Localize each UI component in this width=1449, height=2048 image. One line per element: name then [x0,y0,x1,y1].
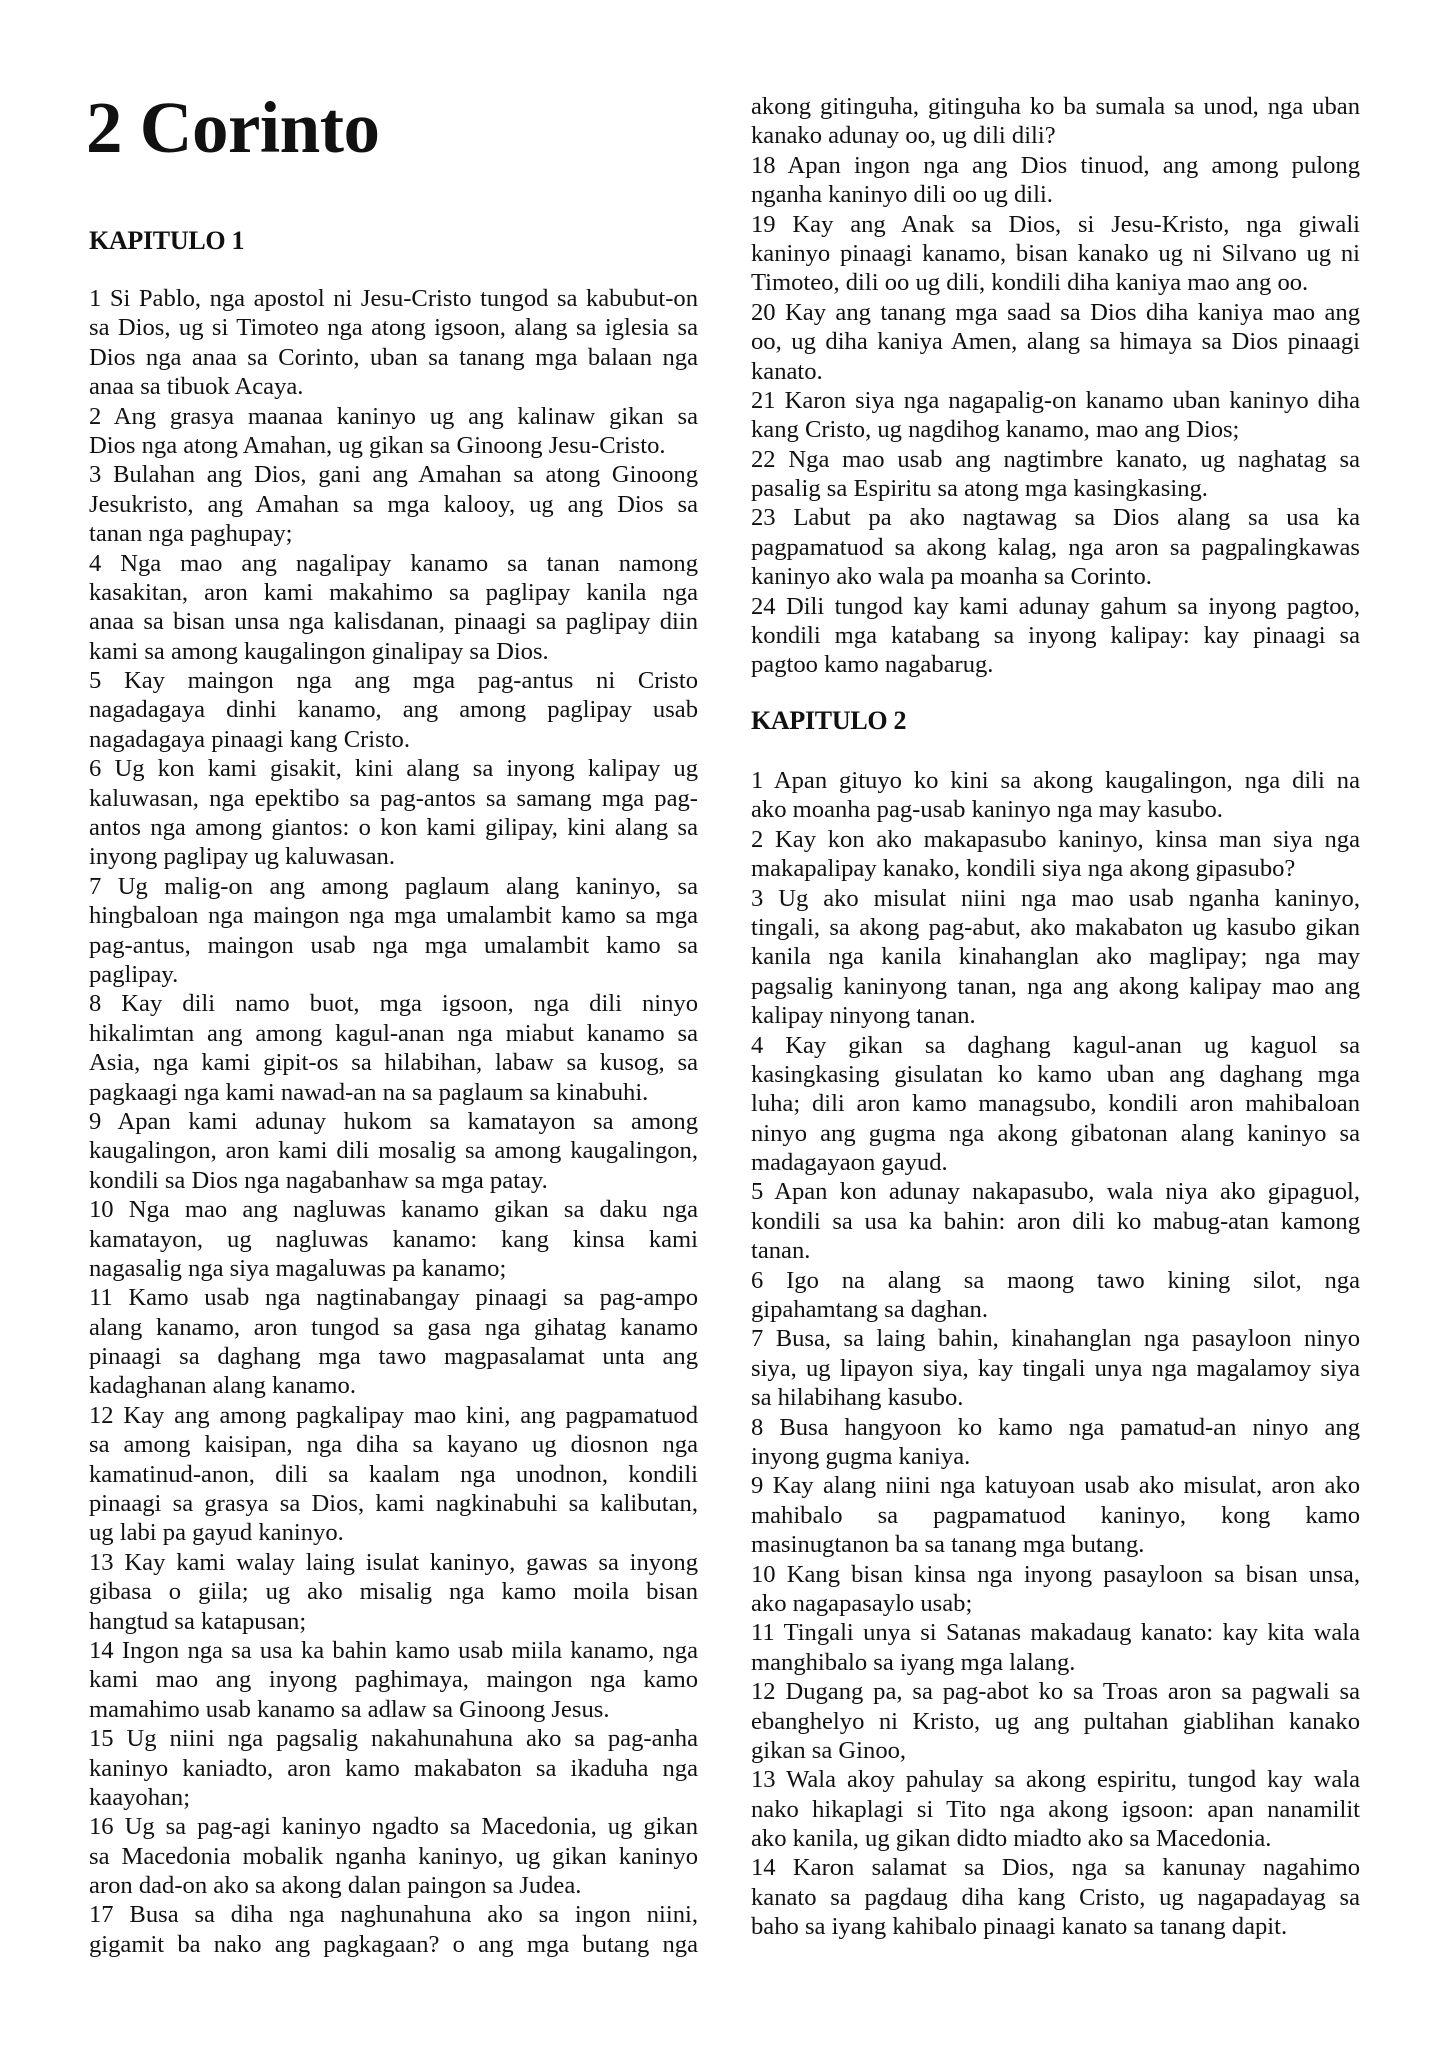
verse-line: pagpamatuod sa akong kalag, nga aron sa … [751,533,1360,562]
verse-4: 4 Nga mao ang nagalipay kanamo sa tanan … [89,549,698,667]
verse-line: kasakitan, aron kami makahimo sa paglipa… [89,578,698,607]
verse-line: 15 Ug niini nga pagsalig nakahunahuna ak… [89,1724,698,1753]
verse-line: kondili sa usa ka bahin: aron dili ko ma… [751,1207,1360,1236]
verse-14: 14 Ingon nga sa usa ka bahin kamo usab m… [89,1636,698,1724]
verse-6: 6 Igo na alang sa maong tawo kining silo… [751,1266,1360,1325]
verse-line: sa among kaisipan, nga diha sa kayano ug… [89,1430,698,1459]
verse-12: 12 Kay ang among pagkalipay mao kini, an… [89,1401,698,1548]
verse-line: gikan sa Ginoo, [751,1736,1360,1765]
verse-line: antos nga among giantos: o kon kami gili… [89,813,698,842]
verse-line: 24 Dili tungod kay kami adunay gahum sa … [751,592,1360,621]
verse-line: mahibalo sa pagpamatuod kaninyo, kong ka… [751,1501,1360,1530]
verse-line: pag-antus, maingon usab nga mga umalambi… [89,931,698,960]
verse-5: 5 Kay maingon nga ang mga pag-antus ni C… [89,666,698,754]
verse-line: sa hilabihang kasubo. [751,1383,1360,1412]
verse-1: 1 Apan gituyo ko kini sa akong kaugaling… [751,766,1360,825]
verse-line: pagtoo kamo nagabarug. [751,650,1360,679]
verse-line: nagasalig nga siya magaluwas pa kanamo; [89,1254,698,1283]
verse-9: 9 Kay alang niini nga katuyoan usab ako … [751,1471,1360,1559]
chapter-heading-2: KAPITULO 2 [751,706,906,736]
verse-line: ako moanha pag-usab kaninyo nga may kasu… [751,795,1360,824]
verse-line: 23 Labut pa ako nagtawag sa Dios alang s… [751,503,1360,532]
verse-line: kami mao ang inyong paghimaya, maingon n… [89,1665,698,1694]
verse-line: madagayaon gayud. [751,1148,1360,1177]
verse-line: hikalimtan ang among kagul-anan nga miab… [89,1019,698,1048]
verse-line: 6 Ug kon kami gisakit, kini alang sa iny… [89,754,698,783]
verse-line: Dios nga atong Amahan, ug gikan sa Ginoo… [89,431,698,460]
verse-line: tanan nga paghupay; [89,519,698,548]
verse-14: 14 Karon salamat sa Dios, nga sa kanunay… [751,1853,1360,1941]
verse-line: 2 Kay kon ako makapasubo kaninyo, kinsa … [751,825,1360,854]
verse-6: 6 Ug kon kami gisakit, kini alang sa iny… [89,754,698,872]
verse-line: siya, ug lipayon siya, kay tingali unya … [751,1354,1360,1383]
verse-line: kondili mga katabang sa inyong kalipay: … [751,621,1360,650]
verse-line: 13 Kay kami walay laing isulat kaninyo, … [89,1548,698,1577]
verse-11: 11 Kamo usab nga nagtinabangay pinaagi s… [89,1283,698,1401]
verse-line: anaa sa bisan unsa nga kalisdanan, pinaa… [89,607,698,636]
verse-line: sa Macedonia mobalik nganha kaninyo, ug … [89,1842,698,1871]
verse-line: aron dad-on ako sa akong dalan paingon s… [89,1871,698,1900]
verse-2: 2 Ang grasya maanaa kaninyo ug ang kalin… [89,402,698,461]
verse-line: tingali, sa akong pag-abut, ako makabato… [751,913,1360,942]
verse-line: 7 Busa, sa laing bahin, kinahanglan nga … [751,1324,1360,1353]
verse-line: 10 Kang bisan kinsa nga inyong pasayloon… [751,1560,1360,1589]
verse-line: kadaghanan alang kanamo. [89,1371,698,1400]
verse-line: 12 Kay ang among pagkalipay mao kini, an… [89,1401,698,1430]
verse-20: 20 Kay ang tanang mga saad sa Dios diha … [751,298,1360,386]
chapter-1-continuation: akong gitinguha, gitinguha ko ba sumala … [751,92,1360,680]
verse-line: gibasa o giila; ug ako misalig nga kamo … [89,1577,698,1606]
verse-7: 7 Busa, sa laing bahin, kinahanglan nga … [751,1324,1360,1412]
verse-line: pagkaagi nga kami nawad-an na sa paglaum… [89,1078,698,1107]
verse-line: makapalipay kanako, kondili siya nga ako… [751,854,1360,883]
verse-line: 13 Wala akoy pahulay sa akong espiritu, … [751,1765,1360,1794]
verse-3: 3 Ug ako misulat niini nga mao usab ngan… [751,884,1360,1031]
verse-line: kanato sa pagdaug diha kang Cristo, ug n… [751,1883,1360,1912]
verse-line: 11 Kamo usab nga nagtinabangay pinaagi s… [89,1283,698,1312]
verse-line: 3 Bulahan ang Dios, gani ang Amahan sa a… [89,460,698,489]
verse-13: 13 Kay kami walay laing isulat kaninyo, … [89,1548,698,1636]
verse-line: ebanghelyo ni Kristo, ug ang pultahan gi… [751,1707,1360,1736]
verse-line: gipahamtang sa daghan. [751,1295,1360,1324]
verse-line: 7 Ug malig-on ang among paglaum alang ka… [89,872,698,901]
verse-line: ako kanila, ug gikan didto miadto ako sa… [751,1824,1360,1853]
verse-line: ninyo ang gugma nga akong gibatonan alan… [751,1119,1360,1148]
verse-line: kaninyo ako wala pa moanha sa Corinto. [751,562,1360,591]
verse-line: nganha kaninyo dili oo ug dili. [751,180,1360,209]
verse-line: kaayohan; [89,1783,698,1812]
verse-10: 10 Nga mao ang nagluwas kanamo gikan sa … [89,1195,698,1283]
verse-line: baho sa iyang kahibalo pinaagi kanato sa… [751,1912,1360,1941]
verse-line: ug labi pa gayud kaninyo. [89,1518,698,1547]
verse-line: 11 Tingali unya si Satanas makadaug kana… [751,1618,1360,1647]
verse-line: 16 Ug sa pag-agi kaninyo ngadto sa Maced… [89,1812,698,1841]
verse-line: 12 Dugang pa, sa pag-abot ko sa Troas ar… [751,1677,1360,1706]
verse-17: 17 Busa sa diha nga naghunahuna ako sa i… [89,1900,698,1959]
verse-8: 8 Busa hangyoon ko kamo nga pamatud-an n… [751,1413,1360,1472]
verse-line: 21 Karon siya nga nagapalig-on kanamo ub… [751,386,1360,415]
verse-line: 14 Karon salamat sa Dios, nga sa kanunay… [751,1853,1360,1882]
verse-line: manghibalo sa iyang mga lalang. [751,1648,1360,1677]
verse-21: 21 Karon siya nga nagapalig-on kanamo ub… [751,386,1360,445]
verse-line: nagadagaya dinhi kanamo, ang among pagli… [89,695,698,724]
verse-line: inyong gugma kaniya. [751,1442,1360,1471]
verse-line: pagsalig kaninyong tanan, nga ang akong … [751,972,1360,1001]
verse-line: 18 Apan ingon nga ang Dios tinuod, ang a… [751,151,1360,180]
verse-line: kamatayon, ug nagluwas kanamo: kang kins… [89,1225,698,1254]
verse-line: akong gitinguha, gitinguha ko ba sumala … [751,92,1360,121]
verse-line: pinaagi sa daghang mga tawo magpasalamat… [89,1342,698,1371]
verse-line: 22 Nga mao usab ang nagtimbre kanato, ug… [751,445,1360,474]
verse-line: 3 Ug ako misulat niini nga mao usab ngan… [751,884,1360,913]
verse-line: kalipay ninyong tanan. [751,1001,1360,1030]
verse-line: oo, ug diha kaniya Amen, alang sa himaya… [751,327,1360,356]
verse-line: 9 Kay alang niini nga katuyoan usab ako … [751,1471,1360,1500]
page-title: 2 Corinto [86,88,380,168]
verse-line: kasingkasing gisulatan ko kamo uban ang … [751,1060,1360,1089]
verse-line: kanako adunay oo, ug dili dili? [751,121,1360,150]
verse-line: paglipay. [89,960,698,989]
verse-line: luha; dili aron kamo managsubo, kondili … [751,1089,1360,1118]
verse-2: 2 Kay kon ako makapasubo kaninyo, kinsa … [751,825,1360,884]
verse-3: 3 Bulahan ang Dios, gani ang Amahan sa a… [89,460,698,548]
verse-line: hangtud sa katapusan; [89,1607,698,1636]
verse-line: 8 Busa hangyoon ko kamo nga pamatud-an n… [751,1413,1360,1442]
verse-line: 1 Si Pablo, nga apostol ni Jesu-Cristo t… [89,284,698,313]
verse-line: Asia, nga kami gipit-os sa hilabihan, la… [89,1048,698,1077]
verse-9: 9 Apan kami adunay hukom sa kamatayon sa… [89,1107,698,1195]
verse-line: Dios nga anaa sa Corinto, uban sa tanang… [89,343,698,372]
verse-line: 6 Igo na alang sa maong tawo kining silo… [751,1266,1360,1295]
verse-line: Jesukristo, ang Amahan sa mga kalooy, ug… [89,490,698,519]
verse-line: masinugtanon ba sa tanang mga butang. [751,1530,1360,1559]
chapter-2-verses: 1 Apan gituyo ko kini sa akong kaugaling… [751,766,1360,1942]
verse-line: mamahimo usab kanamo sa adlaw sa Ginoong… [89,1695,698,1724]
verse-line: kami sa among kaugalingon ginalipay sa D… [89,637,698,666]
verse-7: 7 Ug malig-on ang among paglaum alang ka… [89,872,698,990]
chapter-1-verses: 1 Si Pablo, nga apostol ni Jesu-Cristo t… [89,284,698,1959]
verse-8: 8 Kay dili namo buot, mga igsoon, nga di… [89,989,698,1107]
verse-15: 15 Ug niini nga pagsalig nakahunahuna ak… [89,1724,698,1812]
verse-line: nagadagaya pinaagi kang Cristo. [89,725,698,754]
verse-line: pinaagi sa grasya sa Dios, kami nagkinab… [89,1489,698,1518]
verse-1: 1 Si Pablo, nga apostol ni Jesu-Cristo t… [89,284,698,402]
verse-line: 14 Ingon nga sa usa ka bahin kamo usab m… [89,1636,698,1665]
verse-line: tanan. [751,1236,1360,1265]
verse-line: inyong paglipay ug kaluwasan. [89,842,698,871]
verse-line: gigamit ba nako ang pagkagaan? o ang mga… [89,1930,698,1959]
verse-17: akong gitinguha, gitinguha ko ba sumala … [751,92,1360,151]
verse-line: 4 Nga mao ang nagalipay kanamo sa tanan … [89,549,698,578]
verse-5: 5 Apan kon adunay nakapasubo, wala niya … [751,1177,1360,1265]
chapter-heading-1: KAPITULO 1 [89,226,244,256]
verse-line: 4 Kay gikan sa daghang kagul-anan ug kag… [751,1031,1360,1060]
verse-line: nako hikaplagi si Tito nga akong igsoon:… [751,1795,1360,1824]
verse-line: kaninyo kaniadto, aron kamo makabaton sa… [89,1754,698,1783]
verse-line: 10 Nga mao ang nagluwas kanamo gikan sa … [89,1195,698,1224]
verse-line: pasalig sa Espiritu sa atong mga kasingk… [751,474,1360,503]
verse-16: 16 Ug sa pag-agi kaninyo ngadto sa Maced… [89,1812,698,1900]
verse-18: 18 Apan ingon nga ang Dios tinuod, ang a… [751,151,1360,210]
verse-4: 4 Kay gikan sa daghang kagul-anan ug kag… [751,1031,1360,1178]
verse-line: anaa sa tibuok Acaya. [89,372,698,401]
verse-23: 23 Labut pa ako nagtawag sa Dios alang s… [751,503,1360,591]
verse-line: 20 Kay ang tanang mga saad sa Dios diha … [751,298,1360,327]
verse-line: 8 Kay dili namo buot, mga igsoon, nga di… [89,989,698,1018]
verse-line: 5 Kay maingon nga ang mga pag-antus ni C… [89,666,698,695]
verse-line: alang kanamo, aron tungod sa gasa nga gi… [89,1313,698,1342]
verse-19: 19 Kay ang Anak sa Dios, si Jesu-Kristo,… [751,210,1360,298]
verse-line: kanato. [751,357,1360,386]
verse-line: 17 Busa sa diha nga naghunahuna ako sa i… [89,1900,698,1929]
verse-line: kaninyo pinaagi kanamo, bisan kanako ug … [751,239,1360,268]
verse-line: kang Cristo, ug nagdihog kanamo, mao ang… [751,415,1360,444]
verse-line: kaluwasan, nga epektibo sa pag-antos sa … [89,784,698,813]
verse-12: 12 Dugang pa, sa pag-abot ko sa Troas ar… [751,1677,1360,1765]
verse-line: 9 Apan kami adunay hukom sa kamatayon sa… [89,1107,698,1136]
verse-line: kamatinud-anon, dili sa kaalam nga unodn… [89,1460,698,1489]
verse-10: 10 Kang bisan kinsa nga inyong pasayloon… [751,1560,1360,1619]
verse-line: 5 Apan kon adunay nakapasubo, wala niya … [751,1177,1360,1206]
verse-line: 2 Ang grasya maanaa kaninyo ug ang kalin… [89,402,698,431]
verse-13: 13 Wala akoy pahulay sa akong espiritu, … [751,1765,1360,1853]
verse-line: kaugalingon, aron kami dili mosalig sa a… [89,1136,698,1165]
verse-22: 22 Nga mao usab ang nagtimbre kanato, ug… [751,445,1360,504]
verse-line: kanila nga kanila kinahanglan ako maglip… [751,942,1360,971]
verse-line: 19 Kay ang Anak sa Dios, si Jesu-Kristo,… [751,210,1360,239]
verse-line: kondili sa Dios nga nagabanhaw sa mga pa… [89,1166,698,1195]
verse-line: sa Dios, ug si Timoteo nga atong igsoon,… [89,313,698,342]
verse-line: 1 Apan gituyo ko kini sa akong kaugaling… [751,766,1360,795]
verse-24: 24 Dili tungod kay kami adunay gahum sa … [751,592,1360,680]
verse-line: ako nagapasaylo usab; [751,1589,1360,1618]
verse-11: 11 Tingali unya si Satanas makadaug kana… [751,1618,1360,1677]
verse-line: hingbaloan nga maingon nga mga umalambit… [89,901,698,930]
verse-line: Timoteo, dili oo ug dili, kondili diha k… [751,268,1360,297]
